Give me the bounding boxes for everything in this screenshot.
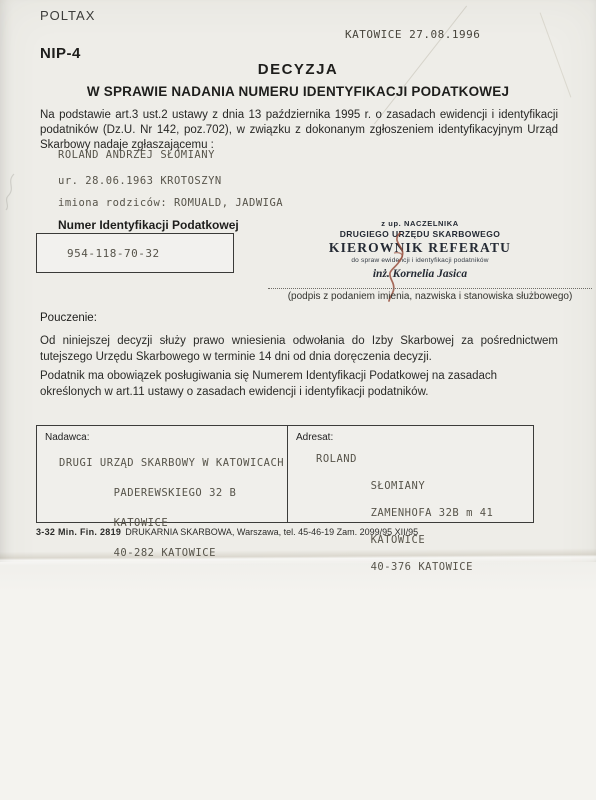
date-stamp: KATOWICE 27.08.1996 [345, 28, 480, 41]
taxpayer-parents: imiona rodziców: ROMUALD, JADWIGA [58, 197, 283, 209]
notice-heading: Pouczenie: [40, 312, 97, 324]
sender-address: DRUGI URZĄD SKARBOWY W KATOWICACH PADERE… [59, 456, 284, 576]
recipient-label: Adresat: [296, 432, 333, 443]
form-code: NIP-4 [40, 45, 81, 62]
sender-line: PADEREWSKIEGO 32 B [114, 487, 237, 499]
recipient-cell: Adresat: ROLAND SŁOMIANY ZAMENHOFA 32B m… [288, 426, 533, 522]
taxpayer-birth: ur. 28.06.1963 KROTOSZYN [58, 175, 222, 187]
signature-caption: (podpis z podaniem imienia, nazwiska i s… [268, 291, 592, 302]
notice-paragraph-2: Podatnik ma obowiązek posługiwania się N… [40, 369, 558, 400]
print-footer-text: DRUKARNIA SKARBOWA, Warszawa, tel. 45-46… [125, 527, 418, 537]
sender-line: DRUGI URZĄD SKARBOWY W KATOWICACH [59, 457, 284, 469]
recipient-line: ZAMENHOFA 32B m 41 [371, 507, 494, 519]
signature-line [268, 288, 592, 289]
notice-paragraph-1: Od niniejszej decyzji służy prawo wniesi… [40, 334, 558, 365]
address-box: Nadawca: DRUGI URZĄD SKARBOWY W KATOWICA… [36, 425, 534, 523]
sender-line: 40-282 KATOWICE [114, 547, 216, 559]
document-title: DECYZJA [0, 61, 596, 78]
legal-basis-paragraph: Na podstawie art.3 ust.2 ustawy z dnia 1… [40, 108, 558, 153]
system-label: POLTAX [40, 8, 95, 23]
recipient-address: ROLAND SŁOMIANY ZAMENHOFA 32B m 41 KATOW… [316, 453, 493, 588]
paper-lower-area [0, 562, 596, 800]
print-footer: 3-32 Min. Fin. 2819DRUKARNIA SKARBOWA, W… [36, 527, 418, 537]
scanned-document-page: POLTAX KATOWICE 27.08.1996 NIP-4 DECYZJA… [0, 0, 596, 800]
document-subtitle: W SPRAWIE NADANIA NUMERU IDENTYFIKACJI P… [0, 84, 596, 99]
recipient-line: 40-376 KATOWICE [371, 561, 473, 573]
sender-cell: Nadawca: DRUGI URZĄD SKARBOWY W KATOWICA… [37, 426, 288, 522]
nip-label: Numer Identyfikacji Podatkowej [58, 218, 239, 232]
stray-pen-mark [2, 172, 22, 212]
stamp-line-1: z up. NACZELNIKA [308, 219, 532, 228]
sender-label: Nadawca: [45, 432, 89, 443]
print-footer-code: 3-32 Min. Fin. 2819 [36, 527, 121, 537]
taxpayer-name: ROLAND ANDRZEJ SŁOMIANY [58, 149, 215, 161]
nip-number: 954-118-70-32 [67, 247, 160, 260]
recipient-line: SŁOMIANY [371, 480, 426, 492]
nip-number-box: 954-118-70-32 [36, 233, 234, 273]
recipient-line: ROLAND [316, 453, 357, 465]
